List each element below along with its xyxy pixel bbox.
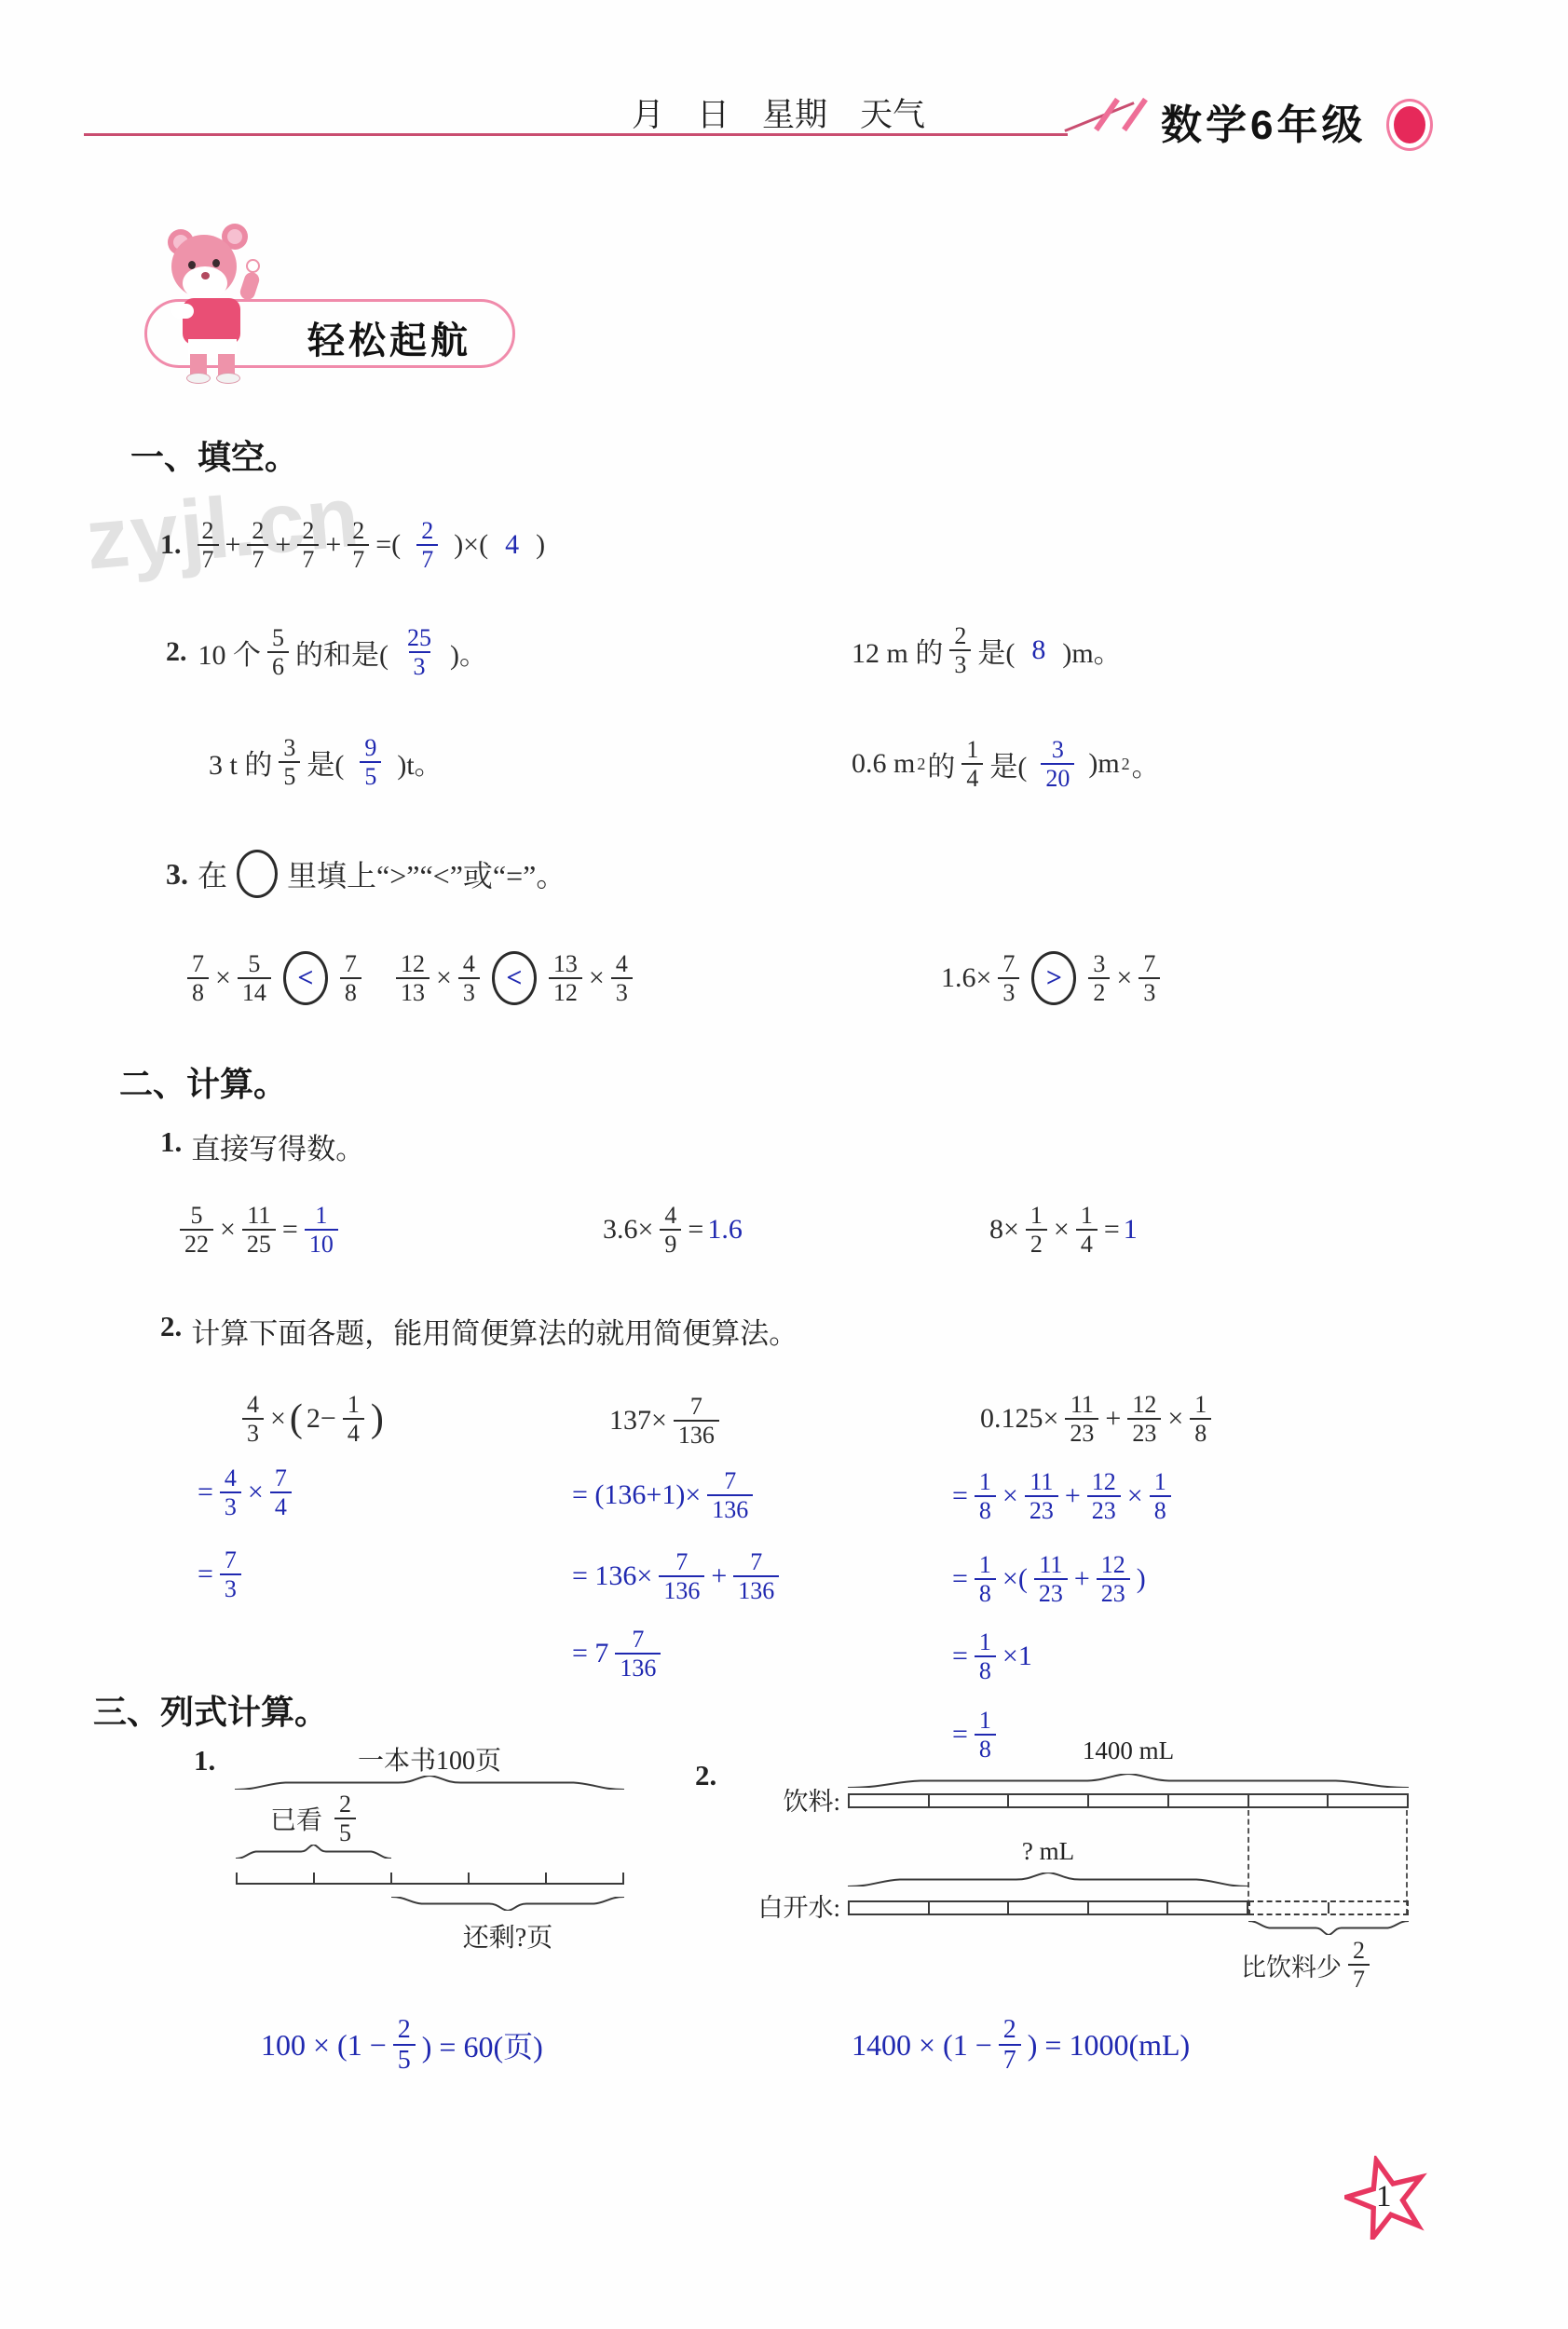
math-text: 。 bbox=[1130, 743, 1162, 784]
math-fraction: 14 bbox=[1076, 1202, 1098, 1258]
comparison-circle: < bbox=[283, 951, 328, 1005]
fraction-denominator: 5 bbox=[360, 761, 381, 790]
fraction-denominator: 4 bbox=[343, 1418, 364, 1447]
section-two-title: 二、计算。 bbox=[119, 1058, 287, 1106]
math-text: 4 bbox=[503, 529, 521, 561]
math-text: × bbox=[1166, 1403, 1185, 1435]
math-fraction: 1123 bbox=[1025, 1468, 1058, 1524]
math-fraction: 74 bbox=[270, 1464, 292, 1520]
fraction-denominator: 2 bbox=[1088, 977, 1110, 1006]
subsection-number: 1. bbox=[160, 1125, 182, 1167]
fraction-numerator: 7 bbox=[627, 1626, 648, 1653]
math-text: = bbox=[280, 1214, 300, 1246]
fraction-denominator: 2 bbox=[1026, 1229, 1047, 1258]
fraction-numerator: 7 bbox=[187, 950, 209, 977]
math-text: × bbox=[1114, 962, 1134, 994]
math-fraction: 1213 bbox=[396, 950, 429, 1006]
math-fraction: 18 bbox=[975, 1468, 996, 1524]
math-text: × bbox=[246, 1477, 266, 1508]
fraction-denominator: 5 bbox=[279, 761, 300, 790]
fraction-numerator: 11 bbox=[1025, 1468, 1057, 1495]
fraction-denominator: 22 bbox=[180, 1229, 213, 1258]
math-fraction: 253 bbox=[402, 624, 436, 680]
math-text: = bbox=[196, 1559, 215, 1590]
math-text: = bbox=[196, 1477, 215, 1508]
fraction-numerator: 7 bbox=[686, 1393, 707, 1420]
direct-calc-2: 3.6×49=1.6 bbox=[601, 1188, 744, 1272]
blank-circle-icon bbox=[237, 850, 278, 898]
diagram1-remaining-label: 还剩?页 bbox=[391, 1917, 624, 1954]
math-fraction: 7136 bbox=[615, 1626, 661, 1682]
math-text: × bbox=[434, 962, 454, 994]
fraction-numerator: 4 bbox=[611, 950, 633, 977]
fraction-denominator: 25 bbox=[242, 1229, 276, 1258]
fraction-numerator: 2 bbox=[334, 1791, 356, 1818]
fraction-denominator: 23 bbox=[1034, 1578, 1068, 1607]
math-text: =( bbox=[374, 529, 402, 561]
fraction-denominator: 3 bbox=[611, 977, 633, 1006]
fraction-denominator: 10 bbox=[305, 1229, 338, 1258]
superscript: 2 bbox=[1122, 755, 1130, 774]
date-line: 月 日 星期 天气 bbox=[632, 89, 925, 136]
fraction-numerator: 7 bbox=[671, 1548, 692, 1575]
comparison-circle: < bbox=[492, 951, 537, 1005]
math-text: 的 bbox=[925, 743, 957, 784]
subsection-two-1-label: 直接写得数。 bbox=[191, 1125, 364, 1167]
bear-inner-ear bbox=[227, 229, 242, 244]
fraction-numerator: 1 bbox=[1150, 1468, 1171, 1495]
problem-1-equation: 1.27+27+27+27=(27)×(4) bbox=[158, 503, 547, 587]
math-fraction: 56 bbox=[267, 624, 289, 680]
fraction-denominator: 136 bbox=[659, 1575, 704, 1604]
math-text: )。 bbox=[448, 632, 489, 673]
math-fraction: 32 bbox=[1088, 950, 1110, 1006]
answer-2: 1400 × (1 −27) = 1000(mL) bbox=[850, 2003, 1192, 2087]
fraction-denominator: 3 bbox=[242, 1418, 264, 1447]
fraction-numerator: 1 bbox=[1026, 1202, 1047, 1229]
fraction-numerator: 1 bbox=[1076, 1202, 1098, 1229]
fraction-numerator: 11 bbox=[1034, 1551, 1067, 1578]
math-text: 137× bbox=[607, 1405, 669, 1437]
bear-eye bbox=[212, 259, 220, 267]
header-divider bbox=[84, 133, 1068, 136]
math-text: 1. bbox=[158, 529, 184, 561]
math-text: 是( bbox=[988, 743, 1029, 784]
fraction-numerator: 11 bbox=[1066, 1391, 1098, 1418]
fraction-numerator: 7 bbox=[1139, 950, 1160, 977]
fraction-numerator: 1 bbox=[975, 1707, 996, 1734]
math-text: ) bbox=[534, 529, 547, 561]
math-fraction: 14 bbox=[961, 736, 983, 792]
bear-paw bbox=[246, 259, 260, 273]
math-fraction: 1312 bbox=[549, 950, 582, 1006]
comparison-circle: > bbox=[1031, 951, 1076, 1005]
math-text: ) = 1000(mL) bbox=[1026, 2028, 1192, 2063]
math-text: × bbox=[1052, 1214, 1071, 1246]
fraction-denominator: 8 bbox=[975, 1655, 996, 1684]
math-text: 10 个 bbox=[197, 632, 264, 673]
math-text: = (136+1)× bbox=[570, 1479, 702, 1511]
answer-1: 100 × (1 −25) = 60(页) bbox=[259, 2003, 545, 2087]
math-fraction: 43 bbox=[458, 950, 480, 1006]
fraction-numerator: 5 bbox=[186, 1202, 208, 1229]
comparison-symbol: < bbox=[506, 962, 522, 994]
fraction-numerator: 7 bbox=[220, 1546, 241, 1573]
fraction-denominator: 7 bbox=[198, 544, 219, 573]
diagram1-total-label: 一本书100页 bbox=[235, 1740, 624, 1777]
fraction-denominator: 23 bbox=[1087, 1495, 1121, 1524]
page-number: 1 bbox=[1376, 2180, 1392, 2214]
math-text: = bbox=[1102, 1214, 1122, 1246]
work3-step: =18×(1123+1223) bbox=[950, 1537, 1148, 1621]
fraction-numerator: 2 bbox=[348, 517, 369, 544]
fraction-numerator: 2 bbox=[297, 517, 319, 544]
work1-result: =73 bbox=[196, 1532, 246, 1616]
subsection-number: 2. bbox=[160, 1310, 182, 1352]
problem-2d: 0.6 m2 的14是(320)m2。 bbox=[850, 722, 1162, 806]
fraction-numerator: 7 bbox=[719, 1467, 741, 1494]
math-fraction: 23 bbox=[949, 622, 971, 678]
math-text: × bbox=[587, 962, 607, 994]
fraction-numerator: 5 bbox=[243, 950, 265, 977]
fraction-numerator: 1 bbox=[1190, 1391, 1211, 1418]
bear-foot bbox=[186, 373, 211, 384]
diagram2-question-label: ? mL bbox=[848, 1837, 1248, 1866]
fraction-numerator: 1 bbox=[975, 1551, 996, 1578]
math-fraction: 522 bbox=[180, 1202, 213, 1258]
diagram2-water-label: 白开水: bbox=[716, 1887, 840, 1924]
math-fraction: 27 bbox=[297, 517, 319, 573]
math-text: 0.6 m bbox=[850, 748, 917, 780]
brace-up-icon bbox=[236, 1845, 391, 1859]
math-text: + bbox=[1063, 1480, 1083, 1512]
diagram2-water-bar-dashed bbox=[1248, 1900, 1409, 1915]
math-fraction: 27 bbox=[198, 517, 219, 573]
fraction-denominator: 13 bbox=[396, 977, 429, 1006]
math-fraction: 78 bbox=[340, 950, 361, 1006]
fraction-denominator: 7 bbox=[1348, 1964, 1370, 1993]
fraction-denominator: 3 bbox=[949, 649, 971, 678]
math-fraction: 35 bbox=[279, 734, 300, 790]
fraction-denominator: 5 bbox=[334, 1818, 356, 1846]
math-text: ×( bbox=[1001, 1563, 1029, 1595]
math-fraction: 7136 bbox=[659, 1548, 704, 1604]
math-fraction: 12 bbox=[1026, 1202, 1047, 1258]
fraction-denominator: 8 bbox=[1150, 1495, 1171, 1524]
math-fraction: 1223 bbox=[1087, 1468, 1121, 1524]
math-fraction: 18 bbox=[975, 1628, 996, 1684]
problem-2a: 2.10 个56的和是(253)。 bbox=[164, 610, 489, 694]
math-text: + bbox=[709, 1560, 729, 1592]
bear-eye bbox=[188, 261, 196, 269]
fraction-numerator: 13 bbox=[549, 950, 582, 977]
comparison-symbol: > bbox=[1046, 962, 1062, 994]
math-fraction: 1223 bbox=[1127, 1391, 1161, 1447]
fraction-numerator: 1 bbox=[961, 736, 983, 763]
fraction-denominator: 7 bbox=[247, 544, 268, 573]
section-one-title: 一、填空。 bbox=[130, 431, 298, 479]
fraction-denominator: 3 bbox=[409, 651, 430, 680]
fraction-denominator: 7 bbox=[999, 2044, 1021, 2075]
fraction-numerator: 9 bbox=[360, 734, 381, 761]
fraction-denominator: 5 bbox=[393, 2044, 416, 2075]
fraction-numerator: 11 bbox=[242, 1202, 275, 1229]
math-text: 3. bbox=[164, 857, 190, 892]
fraction-denominator: 136 bbox=[674, 1420, 719, 1449]
math-fraction: 320 bbox=[1041, 736, 1074, 792]
fraction-denominator: 7 bbox=[348, 544, 369, 573]
math-text: 3.6× bbox=[601, 1214, 655, 1246]
diagram1-number: 1. bbox=[194, 1744, 215, 1777]
fraction-numerator: 1 bbox=[310, 1202, 332, 1229]
math-text: 12 m 的 bbox=[850, 630, 945, 671]
diagram2-less-label: 比饮料少27 bbox=[1239, 1936, 1374, 1994]
fraction-denominator: 12 bbox=[549, 977, 582, 1006]
fraction-numerator: 1 bbox=[975, 1628, 996, 1655]
math-text: ) bbox=[369, 1396, 386, 1441]
fraction-denominator: 3 bbox=[1139, 977, 1160, 1006]
diagram2-water-bar bbox=[848, 1900, 1248, 1915]
section-three-title: 三、列式计算。 bbox=[93, 1686, 328, 1734]
work3-expression: 0.125×1123+1223×18 bbox=[978, 1377, 1216, 1461]
work3-step: =18×1 bbox=[950, 1614, 1034, 1698]
math-text: × bbox=[213, 962, 233, 994]
fraction-numerator: 7 bbox=[270, 1464, 292, 1491]
fraction-numerator: 7 bbox=[745, 1548, 767, 1575]
math-text: + bbox=[323, 529, 343, 561]
math-text: 已看 bbox=[268, 1800, 324, 1837]
fraction-numerator: 4 bbox=[660, 1202, 681, 1229]
slash-icon bbox=[1122, 98, 1148, 131]
math-text: ×1 bbox=[1001, 1641, 1034, 1672]
math-fraction: 27 bbox=[247, 517, 268, 573]
math-text: 是( bbox=[975, 630, 1016, 671]
problem-3-instruction: 3.在里填上“>”“<”或“=”。 bbox=[164, 832, 567, 916]
section-badge-label: 轻松起航 bbox=[307, 311, 471, 364]
math-text: 3 t 的 bbox=[207, 742, 274, 783]
problem-2b: 12 m 的23是(8)m。 bbox=[850, 608, 1124, 692]
math-fraction: 27 bbox=[999, 2015, 1021, 2076]
math-text: )m。 bbox=[1060, 630, 1123, 671]
fraction-numerator: 4 bbox=[242, 1391, 264, 1418]
math-text: = 136× bbox=[570, 1560, 654, 1592]
superscript: 2 bbox=[917, 755, 925, 774]
math-fraction: 43 bbox=[242, 1391, 264, 1447]
math-text: × bbox=[1001, 1480, 1020, 1512]
math-text: = bbox=[950, 1641, 970, 1672]
comparison-symbol: < bbox=[297, 962, 313, 994]
math-text: ( bbox=[288, 1396, 305, 1441]
fraction-denominator: 23 bbox=[1065, 1418, 1098, 1447]
work2-expression: 137×7136 bbox=[607, 1379, 724, 1463]
comparison-3: 1.6×73>32×73 bbox=[939, 936, 1165, 1020]
math-text: 是( bbox=[305, 742, 346, 783]
work1-expression: 43×(2−14) bbox=[238, 1377, 386, 1461]
math-fraction: 18 bbox=[1150, 1468, 1171, 1524]
math-text: 2. bbox=[164, 636, 189, 668]
bear-arm bbox=[239, 270, 261, 301]
work2-step: = 136×7136+7136 bbox=[570, 1534, 784, 1618]
fraction-numerator: 2 bbox=[416, 517, 438, 544]
fraction-denominator: 136 bbox=[733, 1575, 779, 1604]
fraction-numerator: 2 bbox=[999, 2015, 1021, 2044]
fraction-numerator: 3 bbox=[1047, 736, 1069, 763]
math-fraction: 1125 bbox=[242, 1202, 276, 1258]
math-text: + bbox=[1103, 1403, 1123, 1435]
math-fraction: 18 bbox=[975, 1551, 996, 1607]
fraction-denominator: 4 bbox=[270, 1491, 292, 1520]
fraction-denominator: 8 bbox=[975, 1495, 996, 1524]
math-fraction: 110 bbox=[305, 1202, 338, 1258]
grade-dot-inner bbox=[1394, 106, 1425, 143]
fraction-numerator: 2 bbox=[198, 517, 219, 544]
grade-dot-icon bbox=[1386, 99, 1433, 151]
brace-down-icon bbox=[391, 1897, 624, 1911]
fraction-numerator: 25 bbox=[402, 624, 436, 651]
fraction-denominator: 3 bbox=[998, 977, 1019, 1006]
work2-step: = (136+1)×7136 bbox=[570, 1453, 757, 1537]
fraction-denominator: 8 bbox=[340, 977, 361, 1006]
fraction-numerator: 7 bbox=[340, 950, 361, 977]
math-fraction: 73 bbox=[1139, 950, 1160, 1006]
diagram2-drink-label: 饮料: bbox=[736, 1781, 840, 1818]
math-fraction: 78 bbox=[187, 950, 209, 1006]
work1-step: =43×74 bbox=[196, 1451, 296, 1534]
math-text: 里填上“>”“<”或“=”。 bbox=[285, 852, 567, 895]
math-fraction: 25 bbox=[334, 1791, 356, 1846]
fraction-denominator: 8 bbox=[975, 1578, 996, 1607]
math-text: 1.6× bbox=[939, 962, 993, 994]
math-text: 8 bbox=[1029, 634, 1047, 666]
math-fraction: 1223 bbox=[1097, 1551, 1130, 1607]
fraction-numerator: 7 bbox=[998, 950, 1019, 977]
math-text: × bbox=[268, 1403, 288, 1435]
math-fraction: 27 bbox=[416, 517, 438, 573]
fraction-numerator: 1 bbox=[343, 1391, 364, 1418]
fraction-denominator: 3 bbox=[220, 1491, 241, 1520]
fraction-numerator: 4 bbox=[220, 1464, 241, 1491]
workbook-page: zyjl.cn 月 日 星期 天气 数学6年级 轻松起航 一、填空。 1.27+… bbox=[0, 0, 1568, 2329]
subsection-two-2-label: 计算下面各题，能用简便算法的就用简便算法。 bbox=[191, 1310, 798, 1352]
slash-icon bbox=[1094, 98, 1120, 131]
bear-nose bbox=[201, 272, 210, 279]
fraction-denominator: 8 bbox=[1190, 1418, 1211, 1447]
direct-calc-3: 8×12×14=1 bbox=[988, 1188, 1139, 1272]
direct-calc-1: 522×1125=110 bbox=[175, 1188, 343, 1272]
math-fraction: 27 bbox=[1348, 1937, 1370, 1993]
math-fraction: 95 bbox=[360, 734, 381, 790]
fraction-numerator: 2 bbox=[1348, 1937, 1370, 1964]
math-text: 比饮料少 bbox=[1239, 1947, 1343, 1983]
fraction-numerator: 3 bbox=[1088, 950, 1110, 977]
math-fraction: 27 bbox=[348, 517, 369, 573]
math-fraction: 1123 bbox=[1065, 1391, 1098, 1447]
math-text: 1 bbox=[1122, 1214, 1139, 1246]
diagram1-read-label: 已看25 bbox=[268, 1791, 361, 1846]
fraction-denominator: 6 bbox=[267, 651, 289, 680]
math-text: + bbox=[273, 529, 293, 561]
dashed-guide bbox=[1406, 1810, 1408, 1914]
math-fraction: 14 bbox=[343, 1391, 364, 1447]
fraction-denominator: 14 bbox=[238, 977, 271, 1006]
fraction-numerator: 5 bbox=[267, 624, 289, 651]
math-text: = bbox=[950, 1480, 970, 1512]
math-text: ) bbox=[1135, 1563, 1148, 1595]
math-fraction: 43 bbox=[220, 1464, 241, 1520]
math-fraction: 7136 bbox=[733, 1548, 779, 1604]
diagram1-bar bbox=[236, 1873, 624, 1885]
fraction-denominator: 7 bbox=[297, 544, 319, 573]
math-text: + bbox=[224, 529, 243, 561]
fraction-denominator: 23 bbox=[1127, 1418, 1161, 1447]
math-text: 的和是( bbox=[293, 632, 390, 673]
fraction-numerator: 1 bbox=[975, 1468, 996, 1495]
math-fraction: 43 bbox=[611, 950, 633, 1006]
math-fraction: 7136 bbox=[707, 1467, 753, 1523]
math-text: = bbox=[686, 1214, 705, 1246]
fraction-numerator: 12 bbox=[1127, 1391, 1161, 1418]
fraction-denominator: 136 bbox=[615, 1653, 661, 1682]
math-text: 0.125× bbox=[978, 1403, 1060, 1435]
fraction-denominator: 136 bbox=[707, 1494, 753, 1523]
comparison-2: 1213×43<1312×43 bbox=[391, 936, 637, 1020]
fraction-numerator: 2 bbox=[247, 517, 268, 544]
diagram2-number: 2. bbox=[695, 1759, 716, 1792]
fraction-denominator: 9 bbox=[660, 1229, 681, 1258]
fraction-denominator: 3 bbox=[458, 977, 480, 1006]
math-fraction: 73 bbox=[998, 950, 1019, 1006]
math-fraction: 49 bbox=[660, 1202, 681, 1258]
fraction-denominator: 8 bbox=[187, 977, 209, 1006]
math-text: + bbox=[1072, 1563, 1092, 1595]
fraction-numerator: 12 bbox=[1097, 1551, 1130, 1578]
math-text: 2− bbox=[305, 1403, 338, 1435]
bear-mascot-icon bbox=[164, 222, 276, 380]
fraction-numerator: 3 bbox=[279, 734, 300, 761]
fraction-numerator: 2 bbox=[949, 622, 971, 649]
fraction-denominator: 7 bbox=[416, 544, 438, 573]
diagram2-drink-bar bbox=[848, 1793, 1409, 1808]
math-text: × bbox=[1125, 1480, 1145, 1512]
brace-up-icon bbox=[848, 1774, 1409, 1788]
fraction-denominator: 23 bbox=[1025, 1495, 1058, 1524]
bear-sleeve bbox=[171, 304, 194, 319]
math-fraction: 7136 bbox=[674, 1393, 719, 1449]
math-fraction: 1123 bbox=[1034, 1551, 1068, 1607]
diagram2-total-label: 1400 mL bbox=[848, 1737, 1409, 1765]
fraction-denominator: 20 bbox=[1041, 763, 1074, 792]
math-fraction: 18 bbox=[1190, 1391, 1211, 1447]
math-text: )×( bbox=[452, 529, 490, 561]
fraction-numerator: 4 bbox=[458, 950, 480, 977]
problem-2c: 3 t 的35是(95)t。 bbox=[207, 720, 444, 804]
math-text: )t。 bbox=[395, 742, 443, 783]
fraction-numerator: 12 bbox=[396, 950, 429, 977]
brace-up-icon bbox=[848, 1873, 1248, 1886]
fraction-numerator: 2 bbox=[393, 2015, 416, 2044]
fraction-denominator: 4 bbox=[961, 763, 983, 792]
work2-result: = 77136 bbox=[570, 1612, 665, 1696]
math-text: ) = 60(页) bbox=[420, 2023, 545, 2066]
fraction-denominator: 4 bbox=[1076, 1229, 1098, 1258]
fraction-denominator: 3 bbox=[220, 1573, 241, 1602]
brace-down-icon bbox=[1248, 1921, 1409, 1935]
math-text: 1.6 bbox=[705, 1214, 744, 1246]
fraction-numerator: 12 bbox=[1087, 1468, 1121, 1495]
work3-step: =18×1123+1223×18 bbox=[950, 1454, 1176, 1538]
math-text: = 7 bbox=[570, 1638, 610, 1669]
math-text: 在 bbox=[196, 852, 229, 895]
